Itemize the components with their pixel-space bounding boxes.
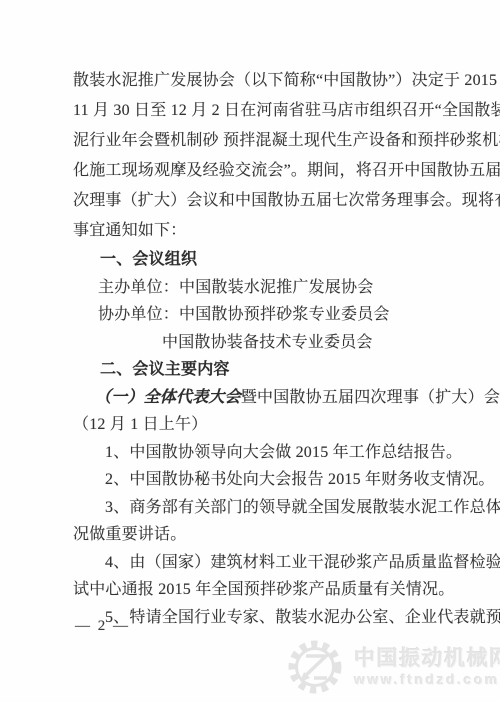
- line-text: 散装水泥推广发展协会（以下简称“中国散协”）决定于 2015 年: [73, 72, 500, 89]
- line-text: 一、会议组织: [100, 251, 197, 268]
- gear-arrow-icon: [286, 638, 348, 696]
- text-line: 3、商务部有关部门的领导就全国发展散装水泥工作总体情: [73, 494, 455, 522]
- text-line: 况做重要讲话。: [73, 521, 455, 549]
- line-text: （12 月 1 日上午）: [73, 416, 207, 433]
- text-line: 主办单位：中国散装水泥推广发展协会: [73, 274, 455, 302]
- text-line: 4、由（国家）建筑材料工业干混砂浆产品质量监督检验测: [73, 549, 455, 577]
- line-text: 协办单位：中国散协预拌砂浆专业委员会: [98, 306, 390, 323]
- document-page: 散装水泥推广发展协会（以下简称“中国散协”）决定于 2015 年11 月 30 …: [0, 0, 500, 702]
- line-text: 主办单位：中国散装水泥推广发展协会: [98, 279, 373, 296]
- watermark-text: 中国振动机械网 www.ftndzd.com: [354, 648, 500, 686]
- text-line: 一、会议组织: [73, 246, 455, 274]
- text-line: 2、中国散协秘书处向大会报告 2015 年财务收支情况。: [73, 466, 455, 494]
- text-line: 协办单位：中国散协预拌砂浆专业委员会: [73, 301, 455, 329]
- text-line: 1、中国散协领导向大会做 2015 年工作总结报告。: [73, 439, 455, 467]
- line-text: 1、中国散协领导向大会做 2015 年工作总结报告。: [105, 444, 462, 461]
- text-line: （一）全体代表大会暨中国散协五届四次理事（扩大）会议: [73, 384, 455, 412]
- text-line: 二、会议主要内容: [73, 356, 455, 384]
- text-line: 5、特请全国行业专家、散装水泥办公室、企业代表就预拌: [73, 604, 455, 632]
- text-line: 泥行业年会暨机制砂 预拌混凝土现代生产设备和预拌砂浆机械: [73, 126, 455, 156]
- line-lead-bold: （一）全体代表大会: [95, 389, 241, 406]
- text-line: 试中心通报 2015 年全国预拌砂浆产品质量有关情况。: [73, 576, 455, 604]
- line-text: 试中心通报 2015 年全国预拌砂浆产品质量有关情况。: [73, 581, 454, 598]
- line-text: 二、会议主要内容: [100, 361, 230, 378]
- text-line: 事宜通知如下：: [73, 216, 455, 246]
- page-number: — 2 —: [75, 618, 130, 635]
- line-text: 4、由（国家）建筑材料工业干混砂浆产品质量监督检验测: [105, 554, 500, 571]
- text-line: 中国散协装备技术专业委员会: [73, 329, 455, 357]
- watermark: 中国振动机械网 www.ftndzd.com: [286, 638, 500, 696]
- line-text: 3、商务部有关部门的领导就全国发展散装水泥工作总体情: [105, 499, 500, 516]
- text-line: 次理事（扩大）会议和中国散协五届七次常务理事会。现将有关: [73, 186, 455, 216]
- watermark-site-url: www.ftndzd.com: [354, 672, 500, 686]
- line-text: 暨中国散协五届四次理事（扩大）会议: [241, 389, 500, 406]
- line-text: 11 月 30 日至 12 月 2 日在河南省驻马店市组织召开“全国散装水: [73, 102, 500, 119]
- line-text: 事宜通知如下：: [73, 222, 186, 239]
- line-text: 次理事（扩大）会议和中国散协五届七次常务理事会。现将有关: [73, 192, 500, 209]
- watermark-site-name: 中国振动机械网: [354, 648, 500, 669]
- text-line: （12 月 1 日上午）: [73, 411, 455, 439]
- line-text: 2、中国散协秘书处向大会报告 2015 年财务收支情况。: [105, 471, 495, 488]
- text-line: 散装水泥推广发展协会（以下简称“中国散协”）决定于 2015 年: [73, 66, 455, 96]
- line-text: 化施工现场观摩及经验交流会”。期间，将召开中国散协五届四: [73, 162, 500, 179]
- text-line: 11 月 30 日至 12 月 2 日在河南省驻马店市组织召开“全国散装水: [73, 96, 455, 126]
- line-text: 5、特请全国行业专家、散装水泥办公室、企业代表就预拌: [105, 609, 500, 626]
- text-line: 化施工现场观摩及经验交流会”。期间，将召开中国散协五届四: [73, 156, 455, 186]
- line-text: 中国散协装备技术专业委员会: [162, 334, 373, 351]
- document-body: 散装水泥推广发展协会（以下简称“中国散协”）决定于 2015 年11 月 30 …: [73, 66, 455, 631]
- line-text: 况做重要讲话。: [73, 526, 186, 543]
- line-text: 泥行业年会暨机制砂 预拌混凝土现代生产设备和预拌砂浆机械: [73, 132, 500, 149]
